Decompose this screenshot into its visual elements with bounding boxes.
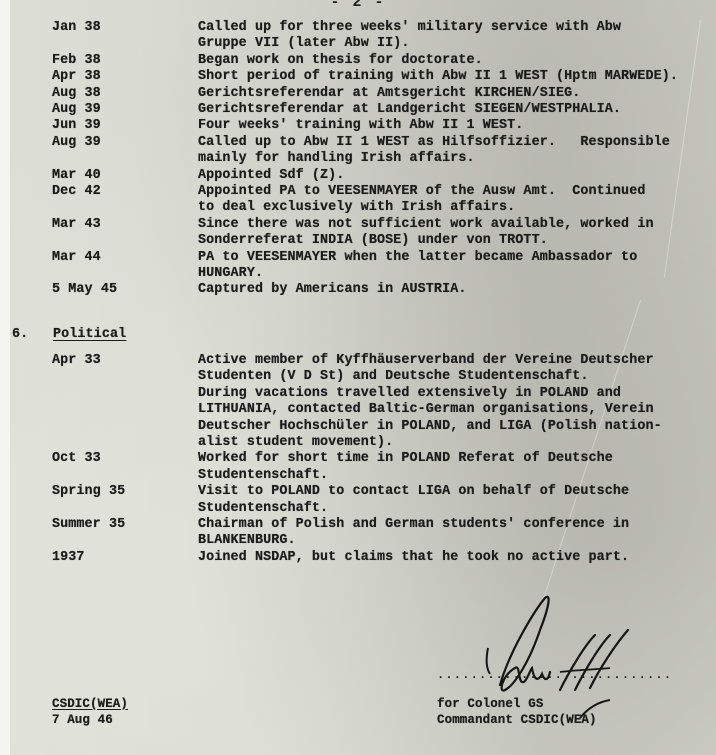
entry-description: Gerichtsreferendar at Landgericht SIEGEN… [198, 102, 621, 117]
entry-description: alist student movement). [198, 435, 393, 450]
entry-description: Joined NSDAP, but claims that he took no… [198, 550, 629, 565]
entry-description: Called up for three weeks' military serv… [198, 20, 621, 35]
entry-date: Summer 35 [52, 517, 125, 532]
entry-description: Since there was not sufficient work avai… [198, 217, 654, 232]
entry-date: Aug 39 [52, 102, 101, 117]
entry-date: Jan 38 [52, 20, 101, 35]
entry-description: Studentenschaft. [198, 501, 328, 516]
section-title: Political [53, 327, 126, 342]
entry-description: HUNGARY. [198, 266, 263, 281]
entry-description: Deutscher Hochschüler in POLAND, and LIG… [198, 419, 662, 434]
entry-date: Dec 42 [52, 184, 101, 199]
entry-description: Worked for short time in POLAND Referat … [198, 451, 613, 466]
entry-description: LITHUANIA, contacted Baltic-German organ… [198, 402, 654, 417]
entry-description: Appointed PA to VEESENMAYER of the Ausw … [198, 184, 645, 199]
entry-description: Studentenschaft. [198, 468, 328, 483]
page-number: - 2 - [0, 0, 716, 11]
signature-line: ............................ [437, 668, 672, 682]
section-number: 6. [12, 327, 28, 342]
entry-description: Active member of Kyffhäuserverband der V… [198, 353, 654, 368]
entry-date: 5 May 45 [52, 282, 117, 297]
signatory-line-1: for Colonel GS [437, 697, 543, 711]
entry-description: Gerichtsreferendar at Amtsgericht KIRCHE… [198, 86, 580, 101]
entry-date: Mar 40 [52, 168, 101, 183]
entry-date: Mar 44 [52, 250, 101, 265]
entry-date: Oct 33 [52, 451, 101, 466]
entry-date: Jun 39 [52, 118, 101, 133]
entry-description: Studenten (V D St) and Deutsche Studente… [198, 369, 589, 384]
entry-description: Gruppe VII (later Abw II). [198, 36, 410, 51]
entry-date: Mar 43 [52, 217, 101, 232]
entry-description: to deal exclusively with Irish affairs. [198, 200, 515, 215]
entry-description: Four weeks' training with Abw II 1 WEST. [198, 118, 523, 133]
entry-description: Visit to POLAND to contact LIGA on behal… [198, 484, 629, 499]
entry-description: Captured by Americans in AUSTRIA. [198, 282, 466, 297]
entry-description: Chairman of Polish and German students' … [198, 517, 629, 532]
office-code: CSDIC(WEA) [52, 697, 128, 711]
document-date: 7 Aug 46 [52, 713, 113, 727]
signatory-line-2: Commandant CSDIC(WEA) [437, 713, 597, 727]
entry-date: Spring 35 [52, 484, 125, 499]
entry-date: 1937 [52, 550, 85, 565]
entry-description: Appointed Sdf (Z). [198, 168, 344, 183]
entry-description: mainly for handling Irish affairs. [198, 151, 475, 166]
entry-date: Feb 38 [52, 53, 101, 68]
entry-description: BLANKENBURG. [198, 533, 296, 548]
entry-date: Apr 38 [52, 69, 101, 84]
entry-description: Sonderreferat INDIA (BOSE) under von TRO… [198, 233, 548, 248]
entry-description: During vacations travelled extensively i… [198, 386, 621, 401]
entry-date: Aug 39 [52, 135, 101, 150]
entry-description: PA to VEESENMAYER when the latter became… [198, 250, 637, 265]
entry-description: Began work on thesis for doctorate. [198, 53, 483, 68]
entry-description: Short period of training with Abw II 1 W… [198, 69, 678, 84]
entry-date: Aug 38 [52, 86, 101, 101]
entry-date: Apr 33 [52, 353, 101, 368]
entry-description: Called up to Abw II 1 WEST as Hilfsoffiz… [198, 135, 670, 150]
